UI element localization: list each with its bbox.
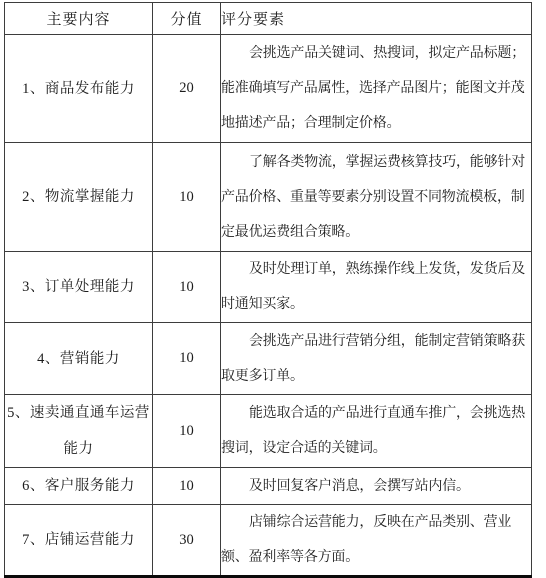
row-factors-cell: 及时回复客户消息，会撰写站内信。 xyxy=(221,468,532,505)
table-header-row: 主要内容 分值 评分要素 xyxy=(5,3,532,35)
row-content-cell: 6、客户服务能力 xyxy=(5,468,153,505)
table-row: 4、营销能力 10 会挑选产品进行营销分组，能制定营销策略获取更多订单。 xyxy=(5,323,532,395)
row-content-cell: 4、营销能力 xyxy=(5,323,153,395)
row-factors-cell: 及时处理订单，熟练操作线上发货，发货后及时通知买家。 xyxy=(221,252,532,323)
row-content-cell: 5、速卖通直通车运营能力 xyxy=(5,395,153,468)
row-content-cell: 7、店铺运营能力 xyxy=(5,505,153,577)
row-factors-cell: 店铺综合运营能力，反映在产品类别、营业额、盈利率等各方面。 xyxy=(221,505,532,577)
table-row: 3、订单处理能力 10 及时处理订单，熟练操作线上发货，发货后及时通知买家。 xyxy=(5,252,532,323)
table-row: 2、物流掌握能力 10 了解各类物流，掌握运费核算技巧，能够针对产品价格、重量等… xyxy=(5,143,532,252)
document-page: 主要内容 分值 评分要素 1、商品发布能力 20 会挑选产品关键词、热搜词，拟定… xyxy=(4,2,532,578)
table-row: 7、店铺运营能力 30 店铺综合运营能力，反映在产品类别、营业额、盈利率等各方面… xyxy=(5,505,532,577)
row-factors-cell: 会挑选产品关键词、热搜词，拟定产品标题；能准确填写产品属性，选择产品图片；能图文… xyxy=(221,35,532,143)
row-factors-cell: 能选取合适的产品进行直通车推广，会挑选热搜词，设定合适的关键词。 xyxy=(221,395,532,468)
scoring-rubric-table: 主要内容 分值 评分要素 1、商品发布能力 20 会挑选产品关键词、热搜词，拟定… xyxy=(4,2,532,578)
row-score-cell: 10 xyxy=(153,143,221,252)
row-factors-cell: 会挑选产品进行营销分组，能制定营销策略获取更多订单。 xyxy=(221,323,532,395)
row-score-cell: 10 xyxy=(153,468,221,505)
row-content-cell: 2、物流掌握能力 xyxy=(5,143,153,252)
row-content-cell: 1、商品发布能力 xyxy=(5,35,153,143)
row-content-cell: 3、订单处理能力 xyxy=(5,252,153,323)
row-score-cell: 10 xyxy=(153,252,221,323)
table-row: 6、客户服务能力 10 及时回复客户消息，会撰写站内信。 xyxy=(5,468,532,505)
header-scoring-factors: 评分要素 xyxy=(221,3,532,35)
row-score-cell: 30 xyxy=(153,505,221,577)
header-score: 分值 xyxy=(153,3,221,35)
row-score-cell: 10 xyxy=(153,323,221,395)
table-row: 5、速卖通直通车运营能力 10 能选取合适的产品进行直通车推广，会挑选热搜词，设… xyxy=(5,395,532,468)
row-score-cell: 20 xyxy=(153,35,221,143)
row-factors-cell: 了解各类物流，掌握运费核算技巧，能够针对产品价格、重量等要素分别设置不同物流模板… xyxy=(221,143,532,252)
header-main-content: 主要内容 xyxy=(5,3,153,35)
table-row: 1、商品发布能力 20 会挑选产品关键词、热搜词，拟定产品标题；能准确填写产品属… xyxy=(5,35,532,143)
row-score-cell: 10 xyxy=(153,395,221,468)
